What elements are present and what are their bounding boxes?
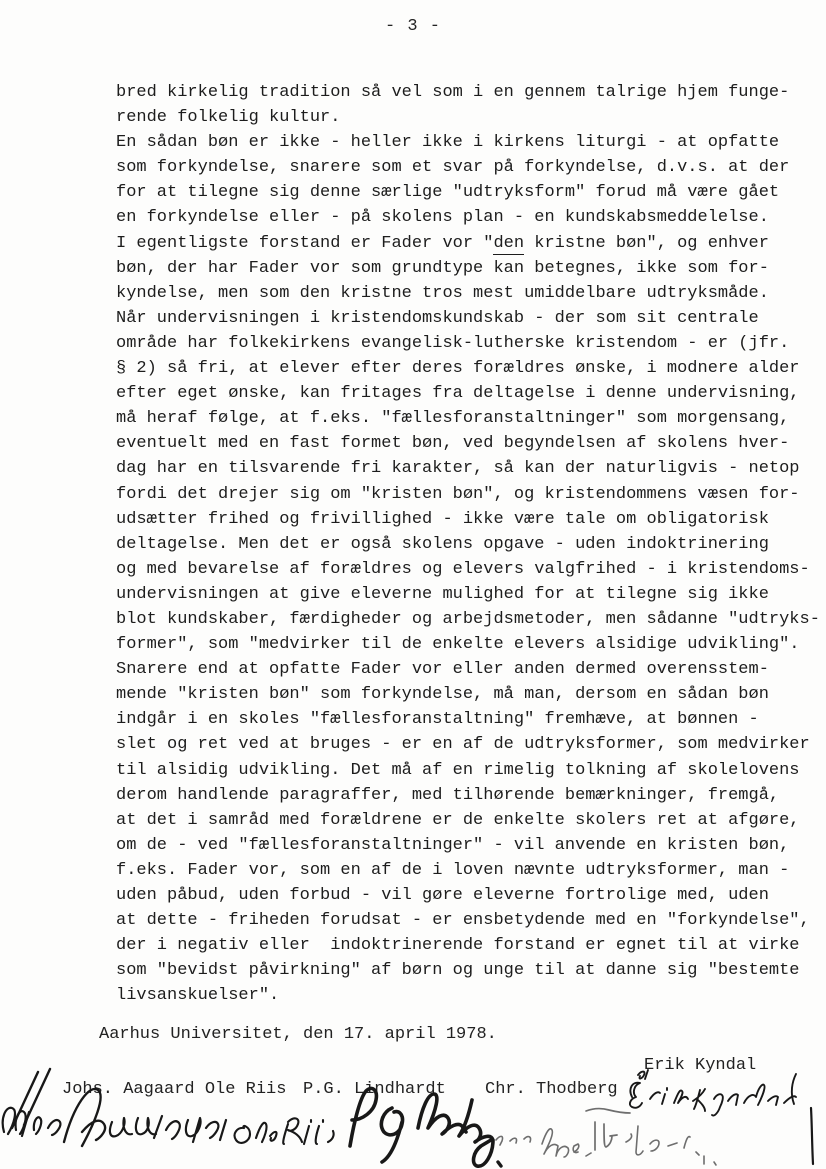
signature-erik-kyndal-icon (622, 1066, 802, 1118)
signature-ole-riis-icon (228, 1098, 340, 1153)
body-line: efter eget ønske, kan fritages fra delta… (116, 381, 820, 406)
body-line: om de - ved "fællesforanstaltninger" - v… (116, 833, 820, 858)
body-line: fordi det drejer sig om "kristen bøn", o… (116, 482, 820, 507)
pen-stroke-icon (806, 1106, 818, 1168)
body-line: deltagelse. Men det er også skolens opga… (116, 532, 820, 557)
document-page: - 3 - bred kirkelig tradition så vel som… (0, 0, 826, 1169)
signature-pg-lindhardt-icon (332, 1082, 504, 1169)
body-line: Snarere end at opfatte Fader vor eller a… (116, 657, 820, 682)
body-line: område har folkekirkens evangelisk-luthe… (116, 331, 820, 356)
page-number: - 3 - (0, 17, 826, 36)
body-line: mende "kristen bøn" som forkyndelse, må … (116, 682, 820, 707)
body-line: bøn, der har Fader vor som grundtype kan… (116, 256, 820, 281)
body-line: En sådan bøn er ikke - heller ikke i kir… (116, 130, 820, 155)
typed-name-chr-thodberg: Chr. Thodberg (485, 1080, 618, 1099)
body-line: og med bevarelse af forældres og elevers… (116, 557, 820, 582)
body-line: eventuelt med en fast formet bøn, ved be… (116, 431, 820, 456)
body-line: former", som "medvirker til de enkelte e… (116, 632, 820, 657)
body-line: uden påbud, uden forbud - vil gøre eleve… (116, 883, 820, 908)
body-line: der i negativ eller indoktrinerende fors… (116, 933, 820, 958)
body-line: som "bevidst påvirkning" af børn og unge… (116, 958, 820, 983)
body-line: bred kirkelig tradition så vel som i en … (116, 80, 820, 105)
body-line: slet og ret ved at bruges - er en af de … (116, 732, 820, 757)
dateline: Aarhus Universitet, den 17. april 1978. (99, 1025, 497, 1044)
body-line: udsætter frihed og frivillighed - ikke v… (116, 507, 820, 532)
body-line: for at tilegne sig denne særlige "udtryk… (116, 180, 820, 205)
body-text: bred kirkelig tradition så vel som i en … (116, 80, 820, 1008)
body-line: § 2) så fri, at elever efter deres foræl… (116, 356, 820, 381)
body-line: en forkyndelse eller - på skolens plan -… (116, 205, 820, 230)
signature-johs-aagaard-icon (0, 1062, 248, 1167)
body-line: blot kundskaber, færdigheder og arbejdsm… (116, 607, 820, 632)
body-line: at det i samråd med forældrene er de enk… (116, 808, 820, 833)
body-line: Når undervisningen i kristendomskundskab… (116, 306, 820, 331)
body-line: må heraf følge, at f.eks. "fællesforanst… (116, 406, 820, 431)
body-line: til alsidig udvikling. Det må af en rime… (116, 758, 820, 783)
body-line: derom handlende paragraffer, med tilhøre… (116, 783, 820, 808)
body-line: indgår i en skoles "fællesforanstaltning… (116, 707, 820, 732)
body-line: rende folkelig kultur. (116, 105, 820, 130)
body-line: kyndelse, men som den kristne tros mest … (116, 281, 820, 306)
body-line: undervisningen at give eleverne mulighed… (116, 582, 820, 607)
body-line: at dette - friheden forudsat - er ensbet… (116, 908, 820, 933)
underlined-word: den (493, 234, 524, 255)
body-line: dag har en tilsvarende fri karakter, så … (116, 456, 820, 481)
body-line: som forkyndelse, snarere som et svar på … (116, 155, 820, 180)
body-line: f.eks. Fader vor, som en af de i loven n… (116, 858, 820, 883)
body-line: I egentligste forstand er Fader vor "den… (116, 231, 820, 256)
body-line: livsanskuelser". (116, 983, 820, 1008)
